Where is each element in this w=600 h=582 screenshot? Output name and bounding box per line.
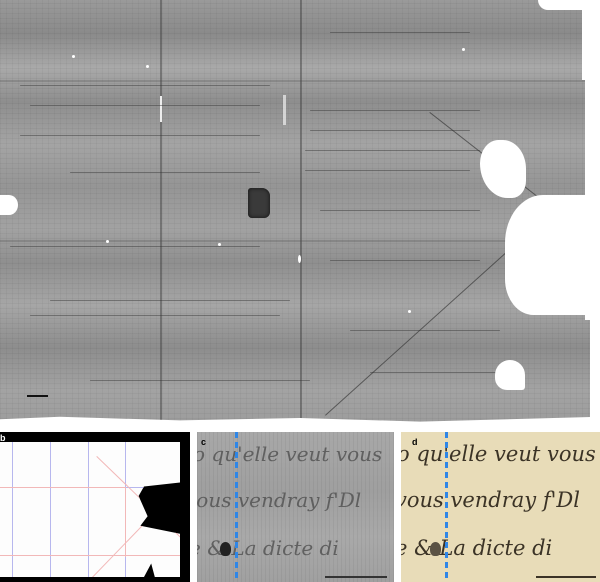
ink-line [30, 315, 280, 316]
fold-tear [160, 96, 162, 122]
ink-line [20, 85, 270, 86]
ink-line [305, 150, 480, 151]
paper-damage [480, 140, 526, 198]
scale-bar [536, 576, 596, 578]
speck [218, 243, 221, 246]
fold-line-blue [88, 442, 89, 577]
paper-damage [585, 80, 600, 320]
speck [298, 255, 301, 263]
paper-damage [0, 195, 18, 215]
ink-line [90, 380, 310, 381]
ink-line [350, 330, 500, 331]
sheet-mask [0, 442, 180, 577]
reference-dashed-line [445, 432, 448, 582]
paper-damage [590, 320, 600, 424]
speck [72, 55, 75, 58]
ink-line [320, 210, 480, 211]
scale-bar [27, 395, 48, 397]
handwriting-line: e & La dicte di [197, 536, 339, 560]
handwriting-line: o qu'elle veut vous [197, 442, 382, 466]
scale-bar [6, 577, 40, 579]
fold-tear [283, 95, 286, 125]
ink-blot [220, 542, 231, 556]
diagonal-fold-red [96, 456, 190, 561]
panel-b-fold-mask: b [0, 432, 190, 582]
handwriting-line: vous vendray f'Dl [197, 488, 361, 512]
fold-line-red [125, 487, 126, 557]
speck [106, 240, 109, 243]
ink-line [50, 300, 290, 301]
fold-line-blue [12, 442, 13, 577]
ink-line [310, 110, 480, 111]
handwriting-line: vous vendray f'Dl [401, 488, 580, 512]
panel-label-b: b [0, 434, 6, 443]
wax-seal-mark [248, 188, 270, 218]
ink-line [305, 170, 470, 171]
fold-line [160, 0, 162, 424]
panel-d-visible-detail: d o qu'elle veut vous vous vendray f'Dl … [401, 432, 600, 582]
ink-line [310, 130, 470, 131]
handwriting-line: e & La dicte di [401, 536, 552, 560]
fold-line-red [0, 487, 180, 488]
paper-damage [582, 0, 600, 80]
fold-line-blue [50, 442, 51, 577]
diagonal-fold-red [92, 483, 183, 577]
speck [408, 310, 411, 313]
fold-line-blue [125, 487, 180, 488]
fold-line-red [0, 555, 180, 556]
scale-bar [325, 576, 387, 578]
speck [146, 65, 149, 68]
ink-line [330, 32, 470, 33]
paper-damage [495, 360, 525, 390]
fold-line [300, 0, 302, 424]
handwriting-line: o qu'elle veut vous [401, 442, 596, 466]
ink-line [330, 260, 480, 261]
ink-line [370, 372, 510, 373]
ink-line [20, 135, 260, 136]
speck [462, 48, 465, 51]
panel-c-scan-detail: c o qu'elle veut vous vous vendray f'Dl … [197, 432, 394, 582]
ink-line [30, 105, 260, 106]
reference-dashed-line [235, 432, 238, 582]
fold-line [0, 80, 600, 82]
ink-line [10, 246, 260, 247]
panel-a-scan [0, 0, 600, 424]
ink-line [70, 172, 260, 173]
ink-blot [430, 542, 441, 556]
